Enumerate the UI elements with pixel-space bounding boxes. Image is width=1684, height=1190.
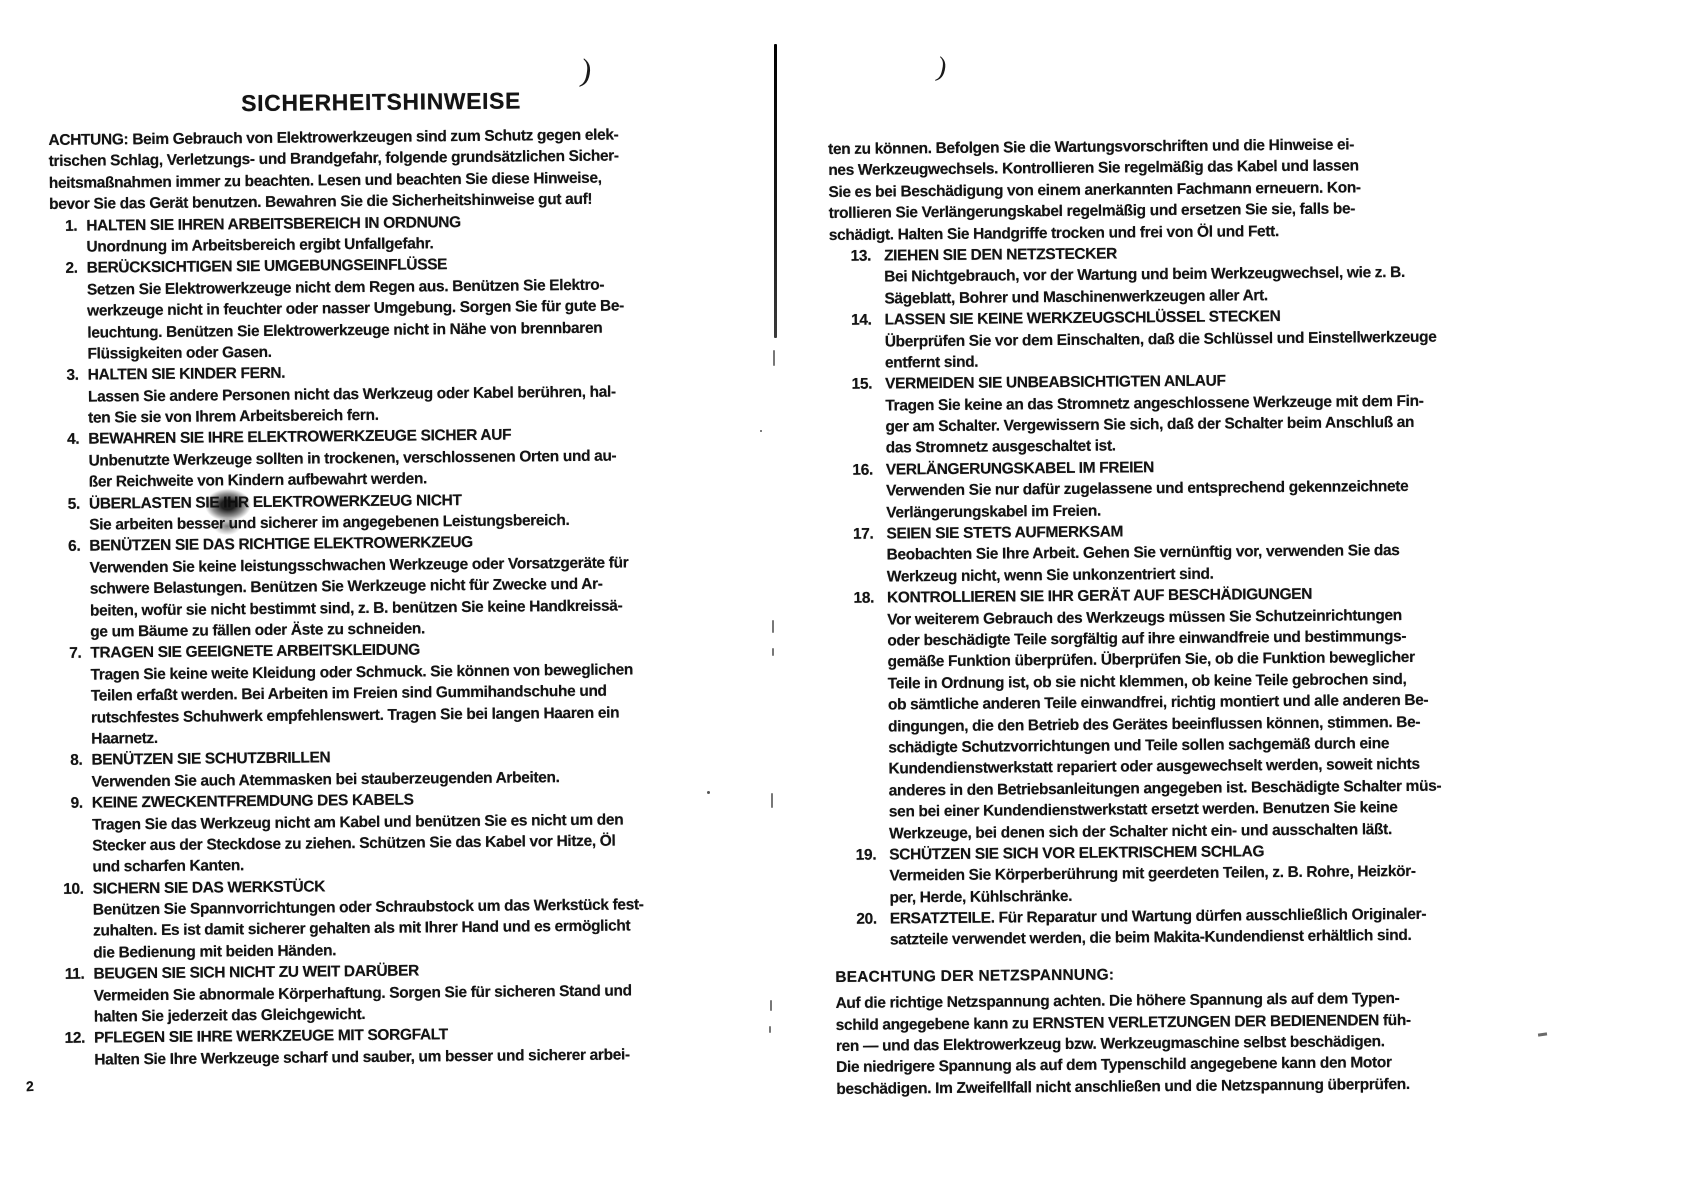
scan-fold-line <box>774 44 777 338</box>
item-number: 5. <box>52 493 80 515</box>
scan-fold-dash <box>770 1000 772 1011</box>
item-number: 6. <box>52 536 80 558</box>
safety-item-12: 12.PFLEGEN SIE IHRE WERKZEUGE MIT SORGFA… <box>57 1022 723 1071</box>
scan-fold-dash <box>772 648 774 656</box>
item-number: 3. <box>51 365 79 387</box>
page-title: SICHERHEITSHINWEISE <box>48 86 714 118</box>
item-number: 7. <box>53 643 81 665</box>
scanned-manual-page: SICHERHEITSHINWEISE ACHTUNG: Beim Gebrau… <box>0 0 1684 1190</box>
safety-item-3: 3.HALTEN SIE KINDER FERN.Lassen Sie ande… <box>51 359 718 430</box>
safety-item-14: 14.LASSEN SIE KEINE WERKZEUGSCHLÜSSEL ST… <box>829 304 1496 374</box>
voltage-note-body: Auf die richtige Netzspannung achten. Di… <box>835 987 1502 1100</box>
safety-item-11: 11.BEUGEN SIE SICH NICHT ZU WEIT DARÜBER… <box>56 958 723 1029</box>
safety-item-15: 15.VERMEIDEN SIE UNBEABSICHTIGTEN ANLAUF… <box>830 368 1497 459</box>
item-number: 2. <box>50 258 78 280</box>
scan-fold-dash <box>772 620 774 633</box>
safety-item-13: 13.ZIEHEN SIE DEN NETZSTECKERBei Nichtge… <box>829 240 1496 310</box>
safety-item-16: 16.VERLÄNGERUNGSKABEL IM FREIENVerwenden… <box>831 454 1498 524</box>
item-number: 18. <box>832 588 874 610</box>
safety-item-19: 19.SCHÜTZEN SIE SICH VOR ELEKTRISCHEM SC… <box>834 839 1501 909</box>
safety-item-5: 5.ÜBERLASTEN SIE IHR ELEKTROWERKZEUG NIC… <box>52 487 718 536</box>
item-number: 4. <box>51 429 79 451</box>
item-number: 17. <box>831 524 873 546</box>
continuation-paragraph: ten zu können. Befolgen Sie die Wartungs… <box>828 133 1495 246</box>
safety-item-10: 10.SICHERN SIE DAS WERKSTÜCKBenützen Sie… <box>56 872 723 964</box>
scan-speck <box>1538 1032 1547 1036</box>
scan-fold-dash <box>773 350 775 366</box>
safety-items-right: 13.ZIEHEN SIE DEN NETZSTECKERBei Nichtge… <box>829 240 1501 952</box>
item-number: 15. <box>830 374 872 396</box>
safety-item-2: 2.BERÜCKSICHTIGEN SIE UMGEBUNGSEINFLÜSSE… <box>50 252 717 365</box>
item-number: 19. <box>834 844 876 866</box>
safety-items-left: 1.HALTEN SIE IHREN ARBEITSBEREICH IN ORD… <box>49 209 723 1071</box>
item-number: 1. <box>49 215 77 237</box>
item-number: 8. <box>54 750 82 772</box>
scan-paren-mark: ) <box>934 51 950 84</box>
safety-item-17: 17.SEIEN SIE STETS AUFMERKSAMBeobachten … <box>831 518 1498 588</box>
safety-item-1: 1.HALTEN SIE IHREN ARBEITSBEREICH IN ORD… <box>49 209 715 258</box>
scan-fold-dash <box>769 1026 771 1033</box>
item-number: 16. <box>831 459 873 481</box>
item-number: 10. <box>56 878 84 900</box>
scan-fold-dash <box>771 793 773 808</box>
scan-speck <box>760 430 762 432</box>
item-number: 20. <box>835 909 877 931</box>
intro-paragraph: ACHTUNG: Beim Gebrauch von Elektrowerkze… <box>48 124 715 216</box>
voltage-note-heading: BEACHTUNG DER NETZSPANNUNG: <box>835 961 1501 988</box>
safety-item-20: 20.ERSATZTEILE. Für Reparatur und Wartun… <box>835 903 1501 952</box>
scan-paren-mark: ) <box>578 51 594 89</box>
item-number: 11. <box>56 964 84 986</box>
safety-item-7: 7.TRAGEN SIE GEEIGNETE ARBEITSKLEIDUNGTr… <box>53 637 720 750</box>
safety-item-4: 4.BEWAHREN SIE IHRE ELEKTROWERKZEUGE SIC… <box>51 423 718 494</box>
page-number: 2 <box>26 1078 35 1094</box>
item-number: 12. <box>57 1028 85 1050</box>
safety-item-6: 6.BENÜTZEN SIE DAS RICHTIGE ELEKTROWERKZ… <box>52 530 719 643</box>
item-number: 13. <box>829 246 871 268</box>
safety-item-8: 8.BENÜTZEN SIE SCHUTZBRILLENVerwenden Si… <box>54 744 720 793</box>
safety-item-18: 18.KONTROLLIEREN SIE IHR GERÄT AUF BESCH… <box>832 582 1500 844</box>
item-number: 9. <box>55 793 83 815</box>
item-number: 14. <box>829 310 871 332</box>
left-column: SICHERHEITSHINWEISE ACHTUNG: Beim Gebrau… <box>48 86 723 1072</box>
right-column: ten zu können. Befolgen Sie die Wartungs… <box>828 133 1502 1100</box>
text-line: beschädigen. Im Zweifellfall nicht ansch… <box>836 1073 1502 1100</box>
scan-speck <box>707 791 710 794</box>
voltage-note: BEACHTUNG DER NETZSPANNUNG: Auf die rich… <box>835 961 1502 1100</box>
safety-item-9: 9.KEINE ZWECKENTFREMDUNG DES KABELSTrage… <box>55 787 722 879</box>
